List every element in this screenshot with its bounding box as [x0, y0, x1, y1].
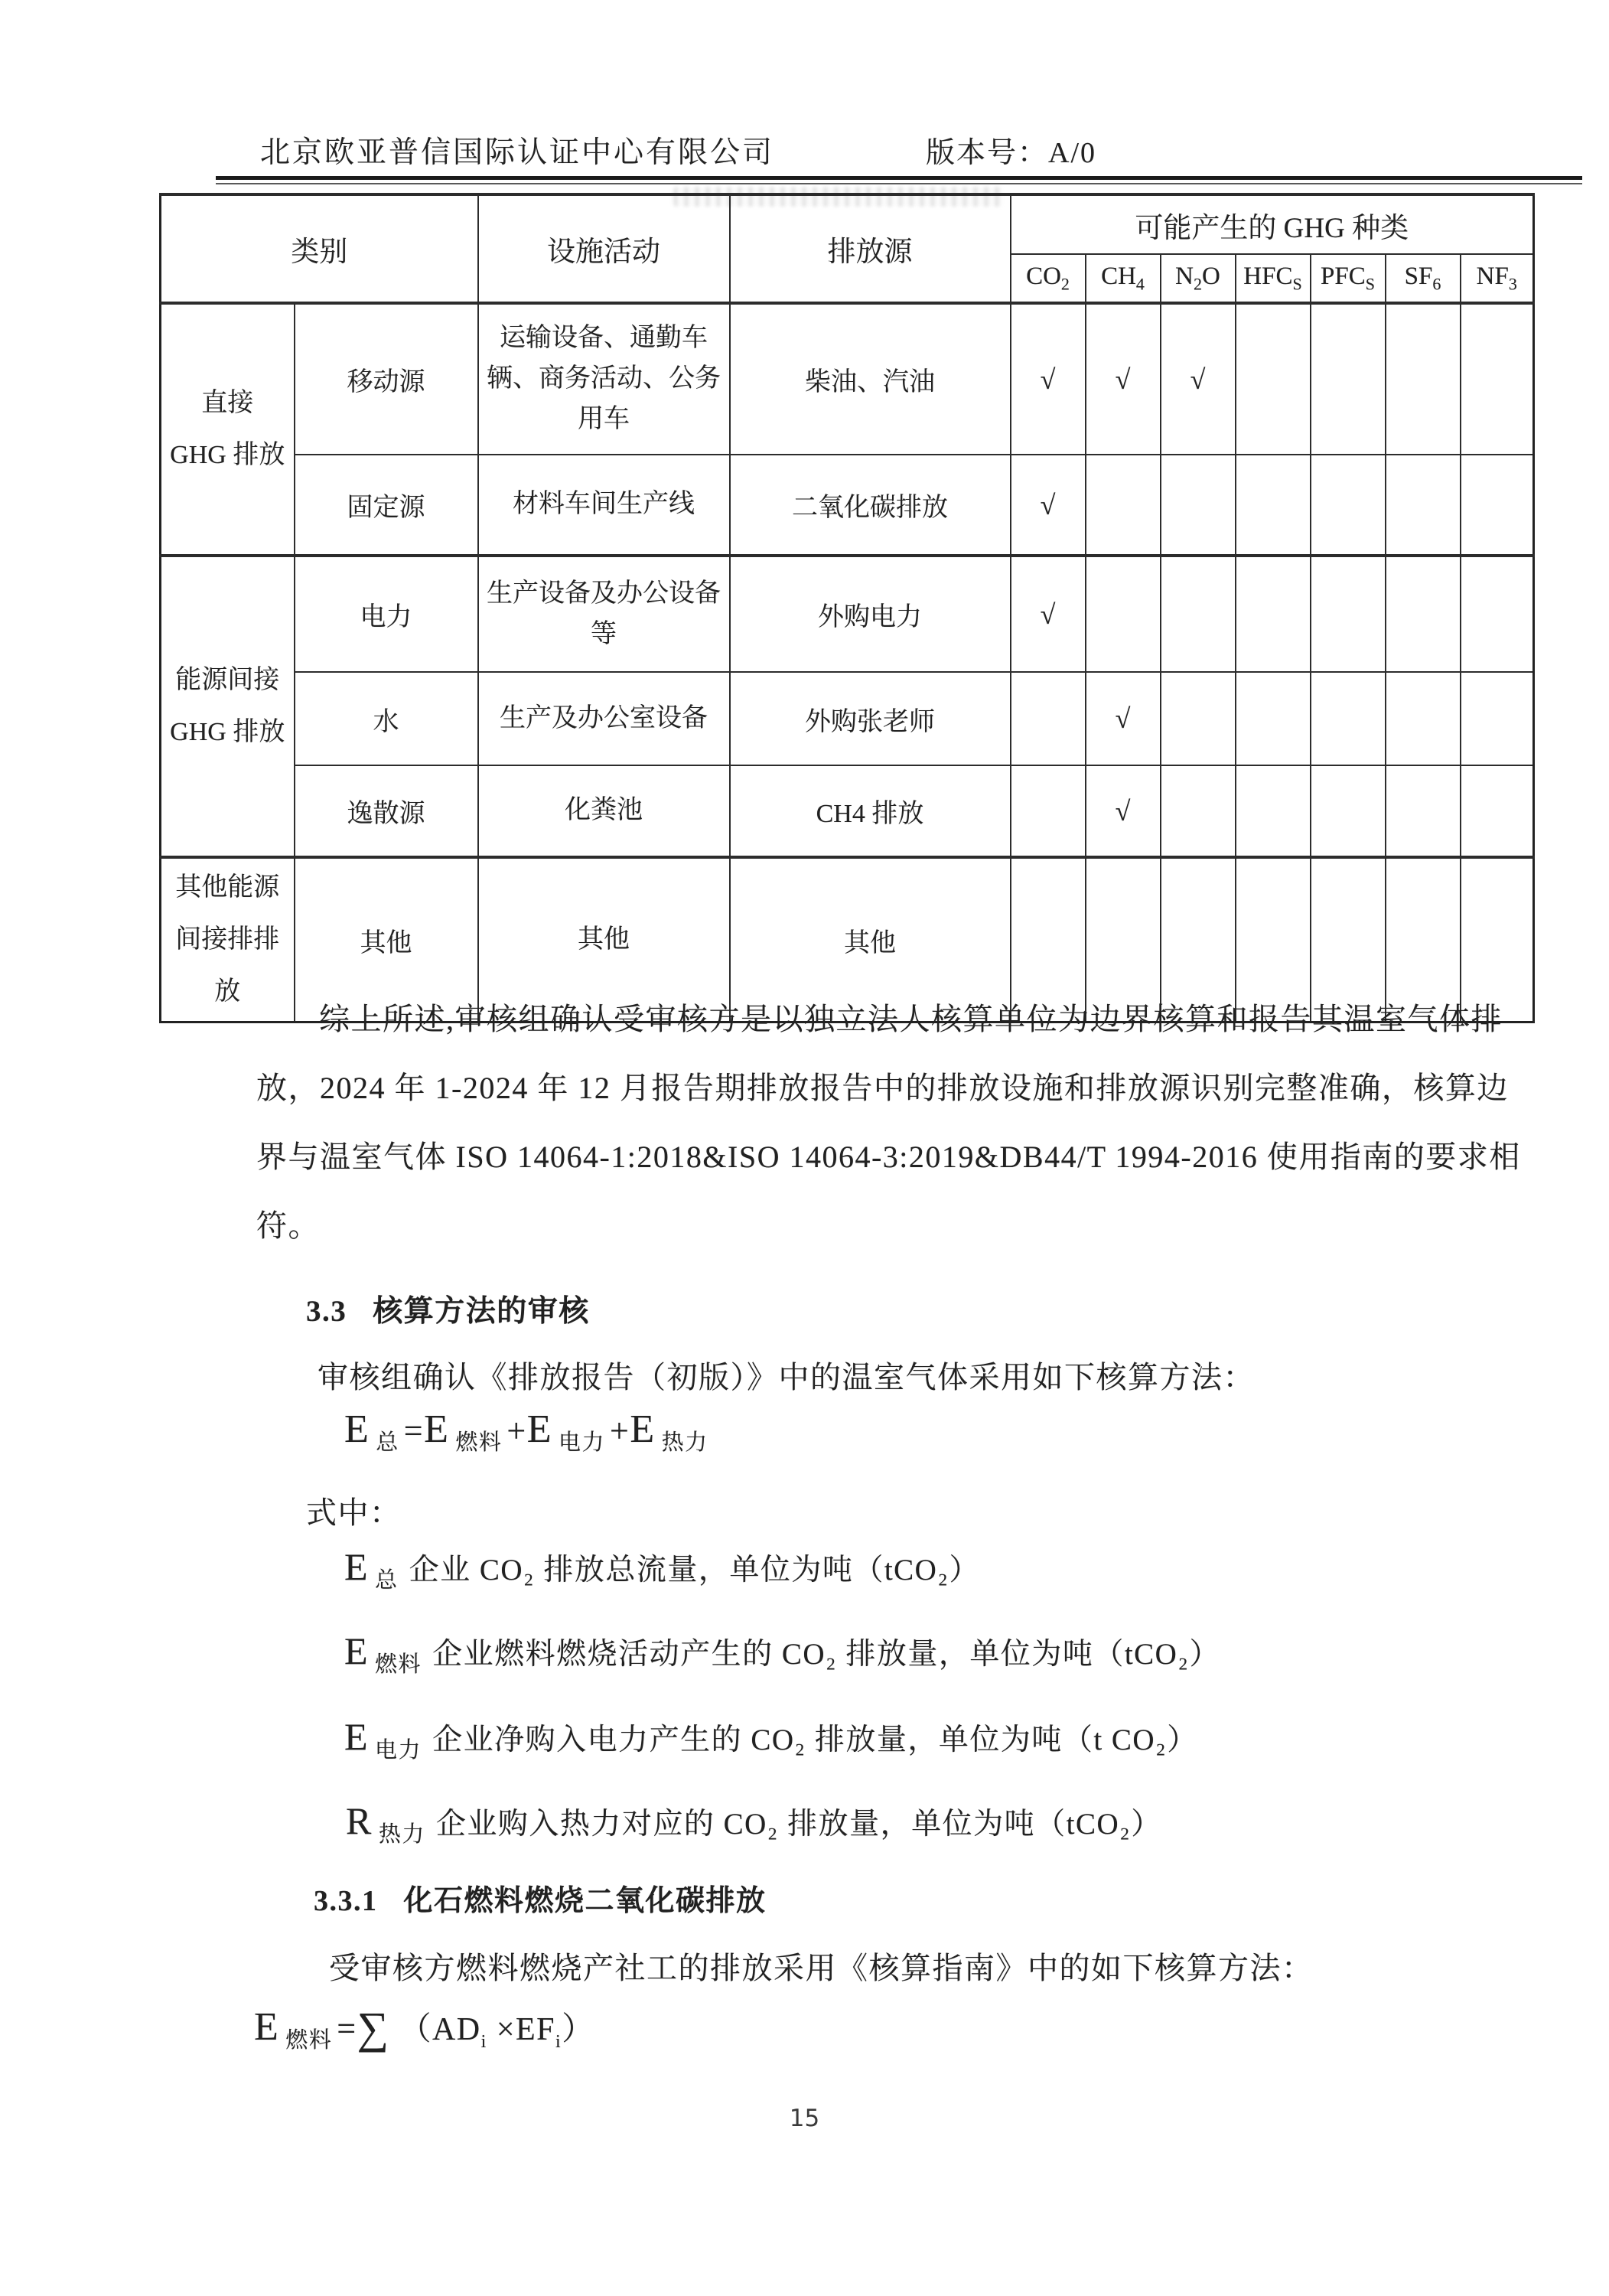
empty-check-cell — [1311, 303, 1386, 455]
section-title: 核算方法的审核 — [373, 1295, 590, 1328]
section-number: 3.3 — [306, 1295, 347, 1328]
empty-check-cell — [1236, 303, 1311, 455]
definition-line: E电力企业净购入电力产生的 CO₂ 排放量，单位为吨（t CO₂） — [344, 1714, 1198, 1759]
total-formula-part: + — [506, 1412, 526, 1450]
summary-line: 综上所述,审核组确认受审核方是以独立法人核算单位为边界核算和报告其温室气体排 — [256, 995, 1503, 1039]
definition-symbol: R — [346, 1799, 373, 1842]
total-formula-part: = — [404, 1412, 424, 1450]
table-row: 能源间接 GHG 排放电力生产设备及办公设备等外购电力√ — [161, 556, 1534, 672]
definition-line: R热力企业购入热力对应的 CO₂ 排放量，单位为吨（tCO₂） — [346, 1799, 1162, 1843]
activity-cell: 运输设备、通勤车辆、商务活动、公务用车 — [478, 303, 730, 455]
table-row: 水生产及办公室设备外购张老师√ — [161, 672, 1534, 765]
sub-source-cell: 逸散源 — [295, 765, 478, 857]
definition-subscript: 热力 — [379, 1822, 425, 1847]
empty-check-cell — [1236, 455, 1311, 556]
summary-line: 符。 — [256, 1202, 320, 1245]
fuel-formula-part: （AD — [389, 2012, 480, 2047]
definition-text: 企业净购入电力产生的 CO₂ 排放量，单位为吨（t CO₂） — [432, 1724, 1198, 1756]
empty-check-cell — [1386, 672, 1461, 765]
empty-check-cell — [1086, 556, 1161, 672]
empty-check-cell — [1386, 303, 1461, 455]
fuel-formula-part: ×EF — [487, 2012, 555, 2047]
category-cell: 能源间接 GHG 排放 — [161, 556, 295, 857]
where-label: 式中： — [306, 1489, 402, 1532]
source-cell: 外购电力 — [730, 556, 1011, 672]
total-formula-part: E — [527, 1407, 552, 1451]
subsection-number: 3.3.1 — [314, 1885, 378, 1917]
empty-check-cell — [1311, 455, 1386, 556]
definition-line: E燃料企业燃料燃烧活动产生的 CO₂ 排放量，单位为吨（tCO₂） — [344, 1629, 1220, 1673]
table-row: 固定源材料车间生产线二氧化碳排放√ — [161, 455, 1534, 556]
total-formula-part: E — [344, 1407, 370, 1451]
header-rule — [216, 176, 1582, 184]
summary-line: 放，2024 年 1-2024 年 12 月报告期排放报告中的排放设施和排放源识… — [256, 1064, 1509, 1107]
fuel-formula-part: E — [254, 2005, 279, 2049]
check-mark-cell: √ — [1161, 303, 1236, 455]
activity-cell: 生产及办公室设备 — [478, 672, 730, 765]
category-cell: 直接 GHG 排放 — [161, 303, 295, 556]
check-mark-cell: √ — [1086, 303, 1161, 455]
check-mark-cell: √ — [1011, 556, 1086, 672]
col-header-category: 类别 — [161, 194, 478, 303]
sub-source-cell: 移动源 — [295, 303, 478, 455]
sub-source-cell: 电力 — [295, 556, 478, 672]
empty-check-cell — [1311, 765, 1386, 857]
table-header-row: 类别 设施活动 排放源 可能产生的 GHG 种类 — [161, 194, 1534, 254]
check-mark-cell: √ — [1086, 672, 1161, 765]
page-number: 15 — [0, 2105, 1609, 2132]
fuel-formula-part: ∑ — [357, 2003, 390, 2053]
definition-text: 企业购入热力对应的 CO₂ 排放量，单位为吨（tCO₂） — [436, 1808, 1162, 1841]
total-formula-part: E — [424, 1407, 449, 1451]
check-mark-cell: √ — [1011, 455, 1086, 556]
subsection-intro: 受审核方燃料燃烧产社工的排放采用《核算指南》中的如下核算方法： — [329, 1944, 1314, 1988]
company-name: 北京欧亚普信国际认证中心有限公司 — [260, 129, 774, 171]
empty-check-cell — [1461, 455, 1534, 556]
definition-symbol: E — [344, 1629, 369, 1672]
definition-subscript: 电力 — [375, 1738, 422, 1763]
fuel-emission-formula: E燃料=∑ （ADi ×EFi） — [254, 1999, 595, 2050]
empty-check-cell — [1161, 672, 1236, 765]
check-mark-cell: √ — [1011, 303, 1086, 455]
table-row: 逸散源化粪池CH4 排放√ — [161, 765, 1534, 857]
total-formula-part: 总 — [376, 1430, 399, 1455]
activity-cell: 材料车间生产线 — [478, 455, 730, 556]
version-number: 版本号：A/0 — [926, 129, 1096, 171]
gas-header-co2: CO2 — [1011, 254, 1086, 303]
subsection-title: 化石燃料燃烧二氧化碳排放 — [404, 1885, 767, 1917]
empty-check-cell — [1161, 455, 1236, 556]
summary-line: 界与温室气体 ISO 14064-1:2018&ISO 14064-3:2019… — [256, 1133, 1521, 1176]
source-cell: CH4 排放 — [730, 765, 1011, 857]
empty-check-cell — [1461, 303, 1534, 455]
definition-text: 企业 CO₂ 排放总流量，单位为吨（tCO₂） — [409, 1554, 980, 1587]
ghg-source-table: 类别 设施活动 排放源 可能产生的 GHG 种类 CO2CH4N2OHFCSPF… — [159, 193, 1535, 1023]
empty-check-cell — [1236, 765, 1311, 857]
empty-check-cell — [1161, 765, 1236, 857]
col-header-ghg-types: 可能产生的 GHG 种类 — [1011, 194, 1534, 254]
total-formula-part: 电力 — [559, 1430, 605, 1455]
fuel-formula-part: i — [555, 2032, 562, 2052]
empty-check-cell — [1386, 556, 1461, 672]
fuel-formula-part: i — [481, 2032, 487, 2052]
empty-check-cell — [1011, 765, 1086, 857]
gas-header-sf6: SF6 — [1386, 254, 1461, 303]
gas-header-hfcs: HFCS — [1236, 254, 1311, 303]
table-body: 直接 GHG 排放移动源运输设备、通勤车辆、商务活动、公务用车柴油、汽油√√√固… — [161, 303, 1534, 1022]
empty-check-cell — [1461, 765, 1534, 857]
definition-text: 企业燃料燃烧活动产生的 CO₂ 排放量，单位为吨（tCO₂） — [432, 1638, 1220, 1671]
definition-symbol: E — [344, 1715, 369, 1758]
fuel-formula-part: = — [337, 2010, 357, 2047]
table-row: 直接 GHG 排放移动源运输设备、通勤车辆、商务活动、公务用车柴油、汽油√√√ — [161, 303, 1534, 455]
total-formula-part: + — [610, 1412, 630, 1450]
fuel-formula-part: ） — [562, 2012, 595, 2047]
gas-header-ch4: CH4 — [1086, 254, 1161, 303]
definition-symbol: E — [344, 1545, 369, 1588]
empty-check-cell — [1386, 455, 1461, 556]
document-page: 北京欧亚普信国际认证中心有限公司 版本号：A/0 类别 设施活动 排放源 可能产… — [0, 0, 1609, 2296]
col-header-activity: 设施活动 — [478, 194, 730, 303]
activity-cell: 生产设备及办公设备等 — [478, 556, 730, 672]
empty-check-cell — [1461, 672, 1534, 765]
definition-subscript: 总 — [375, 1568, 399, 1593]
table-header: 类别 设施活动 排放源 可能产生的 GHG 种类 CO2CH4N2OHFCSPF… — [161, 194, 1534, 303]
gas-header-n2o: N2O — [1161, 254, 1236, 303]
empty-check-cell — [1461, 556, 1534, 672]
empty-check-cell — [1011, 672, 1086, 765]
empty-check-cell — [1311, 556, 1386, 672]
total-emission-formula: E总=E燃料+E电力+E热力 — [344, 1407, 713, 1452]
total-formula-part: 热力 — [662, 1430, 708, 1455]
fuel-formula-part: 燃料 — [285, 2028, 332, 2053]
definition-subscript: 燃料 — [375, 1652, 422, 1677]
total-formula-part: E — [630, 1407, 655, 1451]
empty-check-cell — [1086, 455, 1161, 556]
check-mark-cell: √ — [1086, 765, 1161, 857]
section-heading-3-3: 3.3核算方法的审核 — [306, 1287, 590, 1330]
source-cell: 外购张老师 — [730, 672, 1011, 765]
total-formula-part: 燃料 — [455, 1430, 502, 1455]
source-cell: 柴油、汽油 — [730, 303, 1011, 455]
gas-header-nf3: NF3 — [1461, 254, 1534, 303]
definition-line: E总企业 CO₂ 排放总流量，单位为吨（tCO₂） — [344, 1544, 980, 1589]
sub-source-cell: 水 — [295, 672, 478, 765]
source-cell: 二氧化碳排放 — [730, 455, 1011, 556]
empty-check-cell — [1161, 556, 1236, 672]
section-heading-3-3-1: 3.3.1化石燃料燃烧二氧化碳排放 — [314, 1877, 767, 1919]
empty-check-cell — [1311, 672, 1386, 765]
col-header-source: 排放源 — [730, 194, 1011, 303]
empty-check-cell — [1236, 556, 1311, 672]
methods-intro: 审核组确认《排放报告（初版）》中的温室气体采用如下核算方法： — [318, 1353, 1255, 1397]
activity-cell: 化粪池 — [478, 765, 730, 857]
sub-source-cell: 固定源 — [295, 455, 478, 556]
gas-header-pfcs: PFCS — [1311, 254, 1386, 303]
empty-check-cell — [1236, 672, 1311, 765]
empty-check-cell — [1386, 765, 1461, 857]
